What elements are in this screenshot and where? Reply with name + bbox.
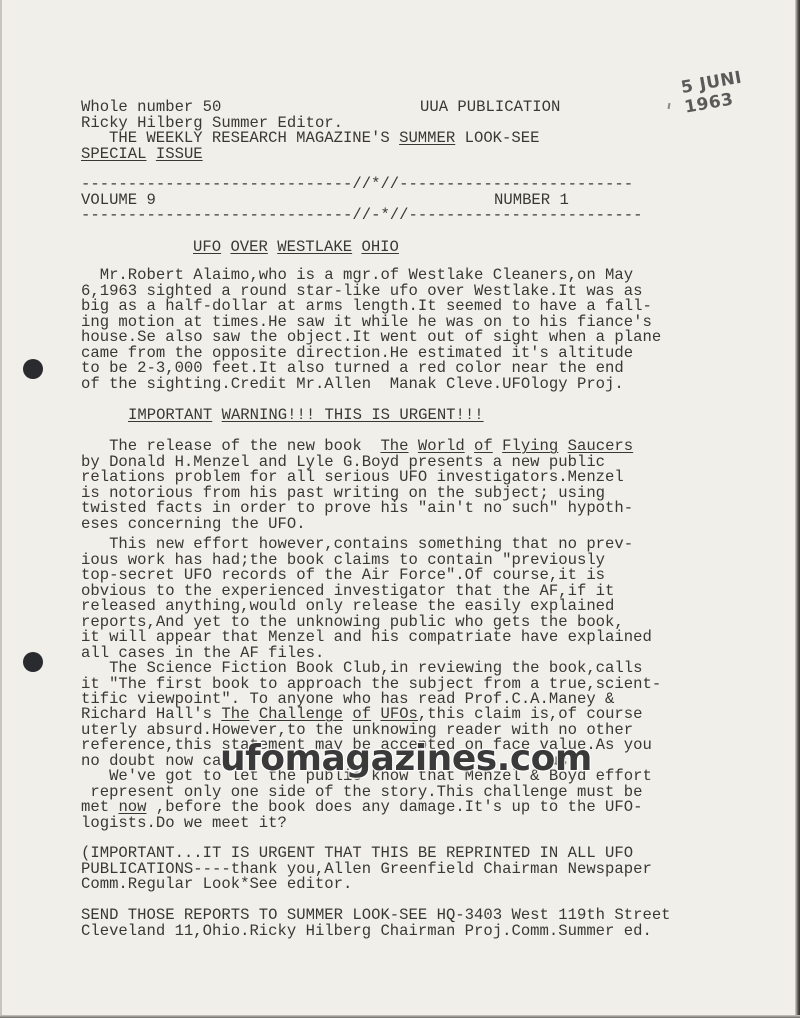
publisher: UUA PUBLICATION	[420, 100, 560, 116]
magazine-summer: SUMMER	[399, 129, 455, 147]
issue-word: ISSUE	[156, 145, 203, 163]
title-word: OVER	[230, 238, 267, 256]
note-line: Comm.Regular Look*See editor.	[81, 877, 352, 893]
page-edge-right	[795, 0, 800, 1018]
title-word: UFO	[193, 238, 221, 256]
title-important: IMPORTANT	[128, 406, 212, 424]
article2-line: eses concerning the UFO.	[81, 517, 306, 533]
punch-hole-top	[23, 359, 43, 379]
article2-title: IMPORTANT WARNING!!! THIS IS URGENT!!!	[128, 408, 484, 424]
title-warning: WARNING!!! THIS IS URGENT!!!	[222, 406, 484, 424]
page-edge-left	[0, 0, 2, 1018]
title-word: OHIO	[361, 238, 398, 256]
footer-line: Cleveland 11,Ohio.Ricky Hilberg Chairman…	[81, 924, 652, 940]
logists-line: logists.Do we meet it?	[81, 816, 287, 832]
rule-bottom: -----------------------------//-*//-----…	[81, 208, 642, 224]
article1-title: UFO OVER WESTLAKE OHIO	[193, 240, 399, 256]
date-stamp: 5 JUNI 1963	[680, 58, 800, 118]
punch-hole-bottom	[23, 652, 43, 672]
magazine-suffix: LOOK-SEE	[455, 129, 539, 147]
article1-line: of the sighting.Credit Mr.Allen Manak Cl…	[81, 377, 624, 393]
special-word: SPECIAL	[81, 145, 147, 163]
watermark: ufomagazines.com	[220, 739, 592, 779]
stamp-mark	[667, 103, 670, 109]
title-word: WESTLAKE	[277, 238, 352, 256]
special-issue: SPECIAL ISSUE	[81, 147, 203, 163]
